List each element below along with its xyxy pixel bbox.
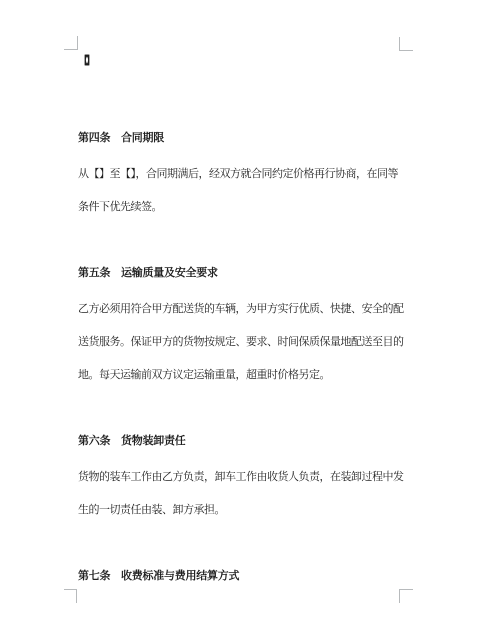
crop-mark-bottom-left [64,589,77,603]
document-page: 【】 第四条 合同期限 从【】至【】，合同期满后，经双方就合同约定价格再行协商，… [0,0,479,639]
section-heading-article-4: 第四条 合同期限 [78,122,404,155]
paragraph-line: 地。每天运输前双方议定运输重量，超重时价格另定。 [78,359,404,392]
section-heading-article-6: 第六条 货物装卸责任 [78,425,404,458]
crop-mark-top-left [64,36,78,50]
paragraph-line: 乙方必须用符合甲方配送货的车辆，为甲方实行优质、快捷、安全的配 [78,293,404,326]
paragraph-line: 货物的装车工作由乙方负责，卸车工作由收货人负责，在装卸过程中发 [78,461,404,494]
section-heading-article-5: 第五条 运输质量及安全要求 [78,257,404,290]
paragraph-line: 送货服务。保证甲方的货物按规定、要求、时间保质保量地配送至目的 [78,326,404,359]
paragraph-line: 条件下优先续签。 [78,191,404,224]
section-heading-article-7: 第七条 收费标准与费用结算方式 [78,560,404,593]
placeholder-brackets: 【】 [78,45,404,78]
paragraph-line: 从【】至【】，合同期满后，经双方就合同约定价格再行协商，在同等 [78,158,404,191]
document-text-area: 【】 第四条 合同期限 从【】至【】，合同期满后，经双方就合同约定价格再行协商，… [78,0,404,593]
paragraph-line: 生的一切责任由装、卸方承担。 [78,494,404,527]
